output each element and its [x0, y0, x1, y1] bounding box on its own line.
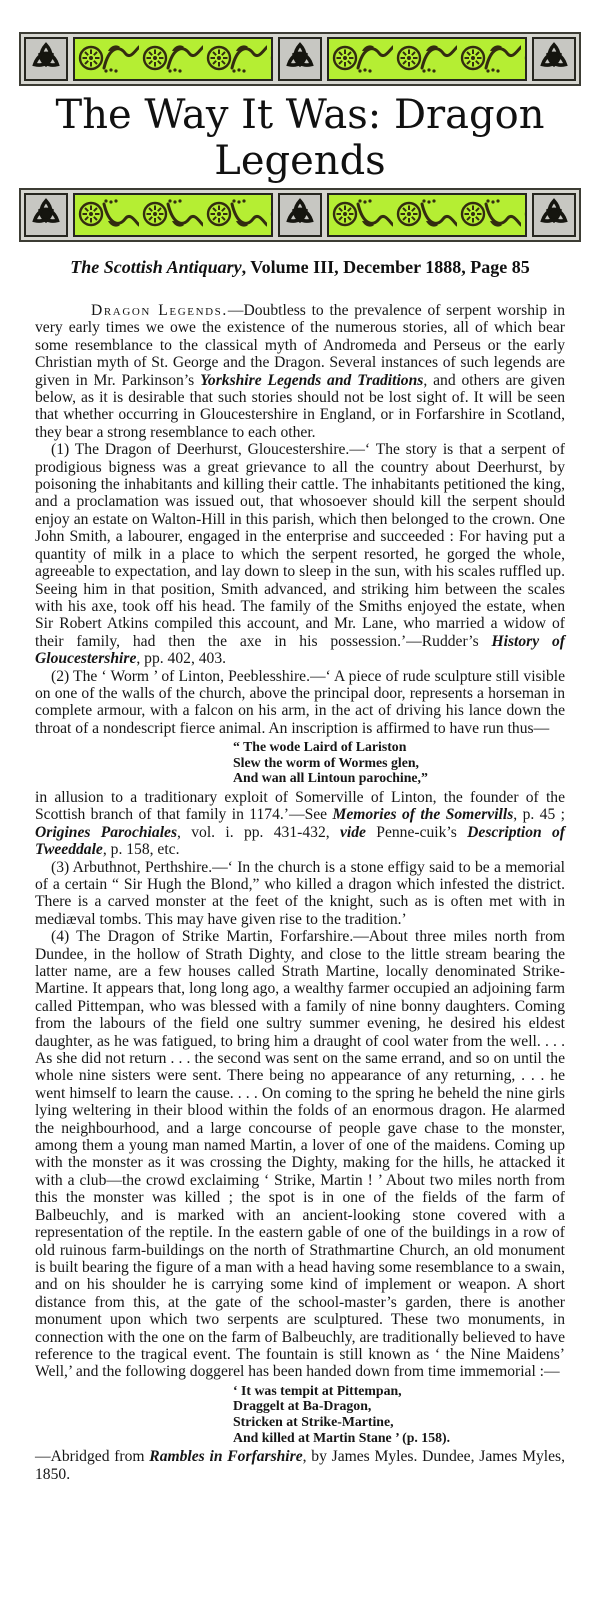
citation-details: , Volume III, December 1888, Page 85 — [242, 257, 530, 277]
verse-line: Slew the worm of Wormes glen, — [233, 755, 565, 771]
body-text: Penne-cuik’s — [366, 824, 467, 841]
body-text: , p. 158, etc. — [103, 841, 180, 858]
verse-line: And wan all Lintoun parochine,” — [233, 770, 565, 786]
italic-text: Origines Parochiales — [35, 824, 177, 841]
verse-line: And killed at Martin Stane ’ (p. 158). — [233, 1430, 565, 1446]
smallcaps-text: Dragon Legends. — [91, 302, 228, 319]
verse-line: ‘ It was tempit at Pittempan, — [233, 1383, 565, 1399]
italic-text: vide — [340, 824, 366, 841]
ornament-band-top — [19, 32, 581, 86]
verse-line: “ The wode Laird of Lariston — [233, 739, 565, 755]
body-text: (4) The Dragon of Strike Martin, Forfars… — [35, 928, 565, 1380]
italic-text: Rambles in Forfarshire — [149, 1448, 302, 1465]
body-text: (2) The ‘ Worm ’ of Linton, Peeblesshire… — [35, 668, 565, 737]
article-body: Dragon Legends.—Doubtless to the prevale… — [35, 302, 565, 1483]
paragraph: (1) The Dragon of Deerhurst, Gloucesters… — [35, 441, 565, 667]
body-text: —Abridged from — [35, 1448, 149, 1465]
body-text: , pp. 402, 403. — [136, 650, 226, 667]
floral-scroll-ornament — [327, 193, 527, 237]
verse-line: Stricken at Strike-Martine, — [233, 1414, 565, 1430]
verse-block: ‘ It was tempit at Pittempan,Draggelt at… — [233, 1383, 565, 1445]
body-text: (1) The Dragon of Deerhurst, Gloucesters… — [35, 441, 565, 649]
page-title: The Way It Was: Dragon Legends — [0, 92, 600, 184]
paragraph: (3) Arbuthnot, Perthshire.—‘ In the chur… — [35, 859, 565, 929]
floral-scroll-ornament — [327, 37, 527, 81]
ornament-band-bottom — [19, 188, 581, 242]
paragraph: Dragon Legends.—Doubtless to the prevale… — [35, 302, 565, 441]
paragraph: (4) The Dragon of Strike Martin, Forfars… — [35, 928, 565, 1381]
celtic-knot-icon — [24, 193, 68, 237]
italic-text: Memories of the Somervills — [332, 806, 513, 823]
paragraph: (2) The ‘ Worm ’ of Linton, Peeblesshire… — [35, 668, 565, 738]
celtic-knot-icon — [278, 37, 322, 81]
italic-text: Yorkshire Legends and Traditions — [200, 372, 423, 389]
body-text: (3) Arbuthnot, Perthshire.—‘ In the chur… — [35, 859, 565, 928]
journal-title: The Scottish Antiquary — [70, 257, 241, 277]
paragraph: in allusion to a traditionary exploit of… — [35, 789, 565, 859]
floral-scroll-ornament — [73, 37, 273, 81]
celtic-knot-icon — [532, 193, 576, 237]
source-citation: The Scottish Antiquary, Volume III, Dece… — [0, 257, 600, 278]
body-text: , vol. i. pp. 431-432, — [177, 824, 340, 841]
bottom-margin — [0, 1483, 600, 1511]
body-text: , p. 45 ; — [513, 806, 565, 823]
verse-block: “ The wode Laird of LaristonSlew the wor… — [233, 739, 565, 786]
celtic-knot-icon — [532, 37, 576, 81]
celtic-knot-icon — [24, 37, 68, 81]
celtic-knot-icon — [278, 193, 322, 237]
floral-scroll-ornament — [73, 193, 273, 237]
paragraph: —Abridged from Rambles in Forfarshire, b… — [35, 1448, 565, 1483]
verse-line: Draggelt at Ba-Dragon, — [233, 1398, 565, 1414]
